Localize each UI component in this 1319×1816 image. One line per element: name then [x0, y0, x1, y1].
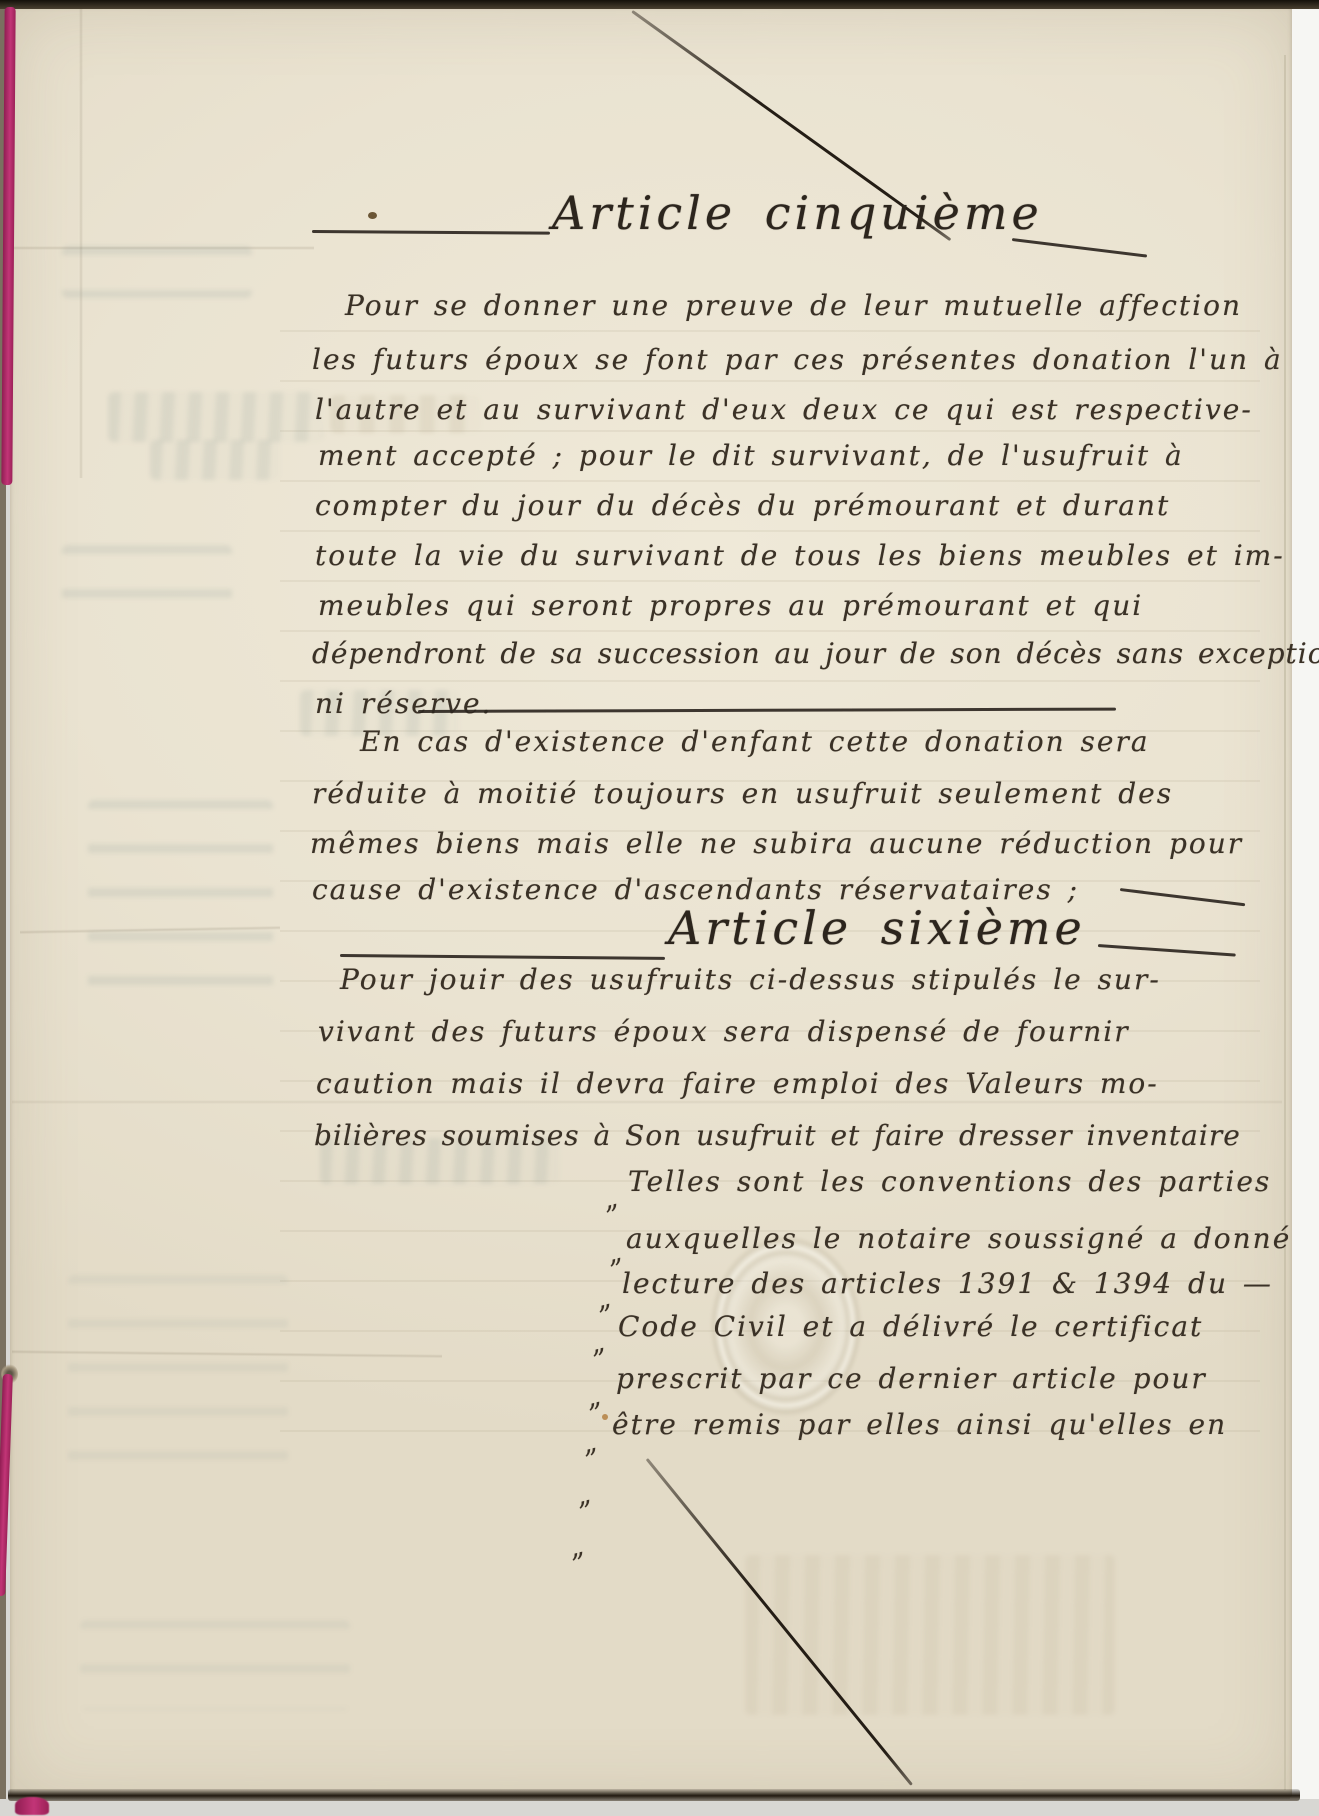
binding-ribbon-end	[15, 1797, 49, 1815]
manuscript-line: Code Civil et a délivré le certificat	[618, 1313, 1203, 1341]
under-sheet-edge	[1284, 55, 1286, 1790]
fold-crease	[79, 8, 83, 478]
ghost-showthrough	[150, 440, 280, 480]
ghost-showthrough	[68, 1275, 288, 1475]
scanner-bed-bottom	[0, 1799, 1319, 1816]
manuscript-line: Pour jouir des usufruits ci-dessus stipu…	[340, 966, 1161, 994]
manuscript-line: l'autre et au survivant d'eux deux ce qu…	[315, 396, 1253, 424]
manuscript-line: Telles sont les conventions des parties	[628, 1168, 1271, 1196]
article-6-heading: Article sixième	[668, 905, 1086, 951]
ink-speck	[602, 1414, 608, 1420]
manuscript-line: compter du jour du décès du prémourant e…	[315, 492, 1170, 520]
manuscript-line: meubles qui seront propres au prémourant…	[318, 592, 1143, 620]
manuscript-line: réduite à moitié toujours en usufruit se…	[312, 780, 1173, 808]
manuscript-line: ni réserve.	[315, 690, 492, 718]
manuscript-line: les futurs époux se font par ces présent…	[312, 346, 1283, 374]
ghost-showthrough	[62, 246, 252, 298]
manuscript-line: être remis par elles ainsi qu'elles en	[612, 1411, 1227, 1439]
ghost-showthrough	[62, 545, 232, 615]
article-5-heading: Article cinquième	[552, 190, 1043, 236]
ghost-showthrough	[108, 392, 323, 442]
manuscript-line: mêmes biens mais elle ne subira aucune r…	[310, 830, 1243, 858]
manuscript-line: lecture des articles 1391 & 1394 du —	[622, 1270, 1273, 1298]
fold-crease	[12, 1100, 1282, 1104]
ghost-showthrough	[80, 1620, 350, 1710]
ink-speck	[368, 212, 377, 219]
scan-edge-bottom	[8, 1789, 1300, 1801]
scanner-bed-right	[1290, 0, 1319, 1816]
manuscript-line: prescrit par ce dernier article pour	[616, 1365, 1207, 1393]
ghost-showthrough	[88, 800, 273, 1020]
manuscript-line: En cas d'existence d'enfant cette donati…	[360, 728, 1150, 756]
manuscript-line: ment accepté ; pour le dit survivant, de…	[318, 442, 1184, 470]
manuscript-line: toute la vie du survivant de tous les bi…	[315, 542, 1285, 570]
manuscript-line: Pour se donner une preuve de leur mutuel…	[345, 292, 1242, 320]
manuscript-line: auxquelles le notaire soussigné a donné	[626, 1225, 1291, 1253]
manuscript-line: bilières soumises à Son usufruit et fair…	[314, 1122, 1241, 1150]
manuscript-line: dépendront de sa succession au jour de s…	[312, 640, 1319, 668]
manuscript-line: caution mais il devra faire emploi des V…	[316, 1070, 1159, 1098]
scan-edge-top	[0, 0, 1319, 9]
ghost-showthrough-table	[745, 1555, 1115, 1715]
manuscript-line: vivant des futurs époux sera dispensé de…	[318, 1018, 1130, 1046]
manuscript-line: cause d'existence d'ascendants réservata…	[312, 876, 1079, 904]
